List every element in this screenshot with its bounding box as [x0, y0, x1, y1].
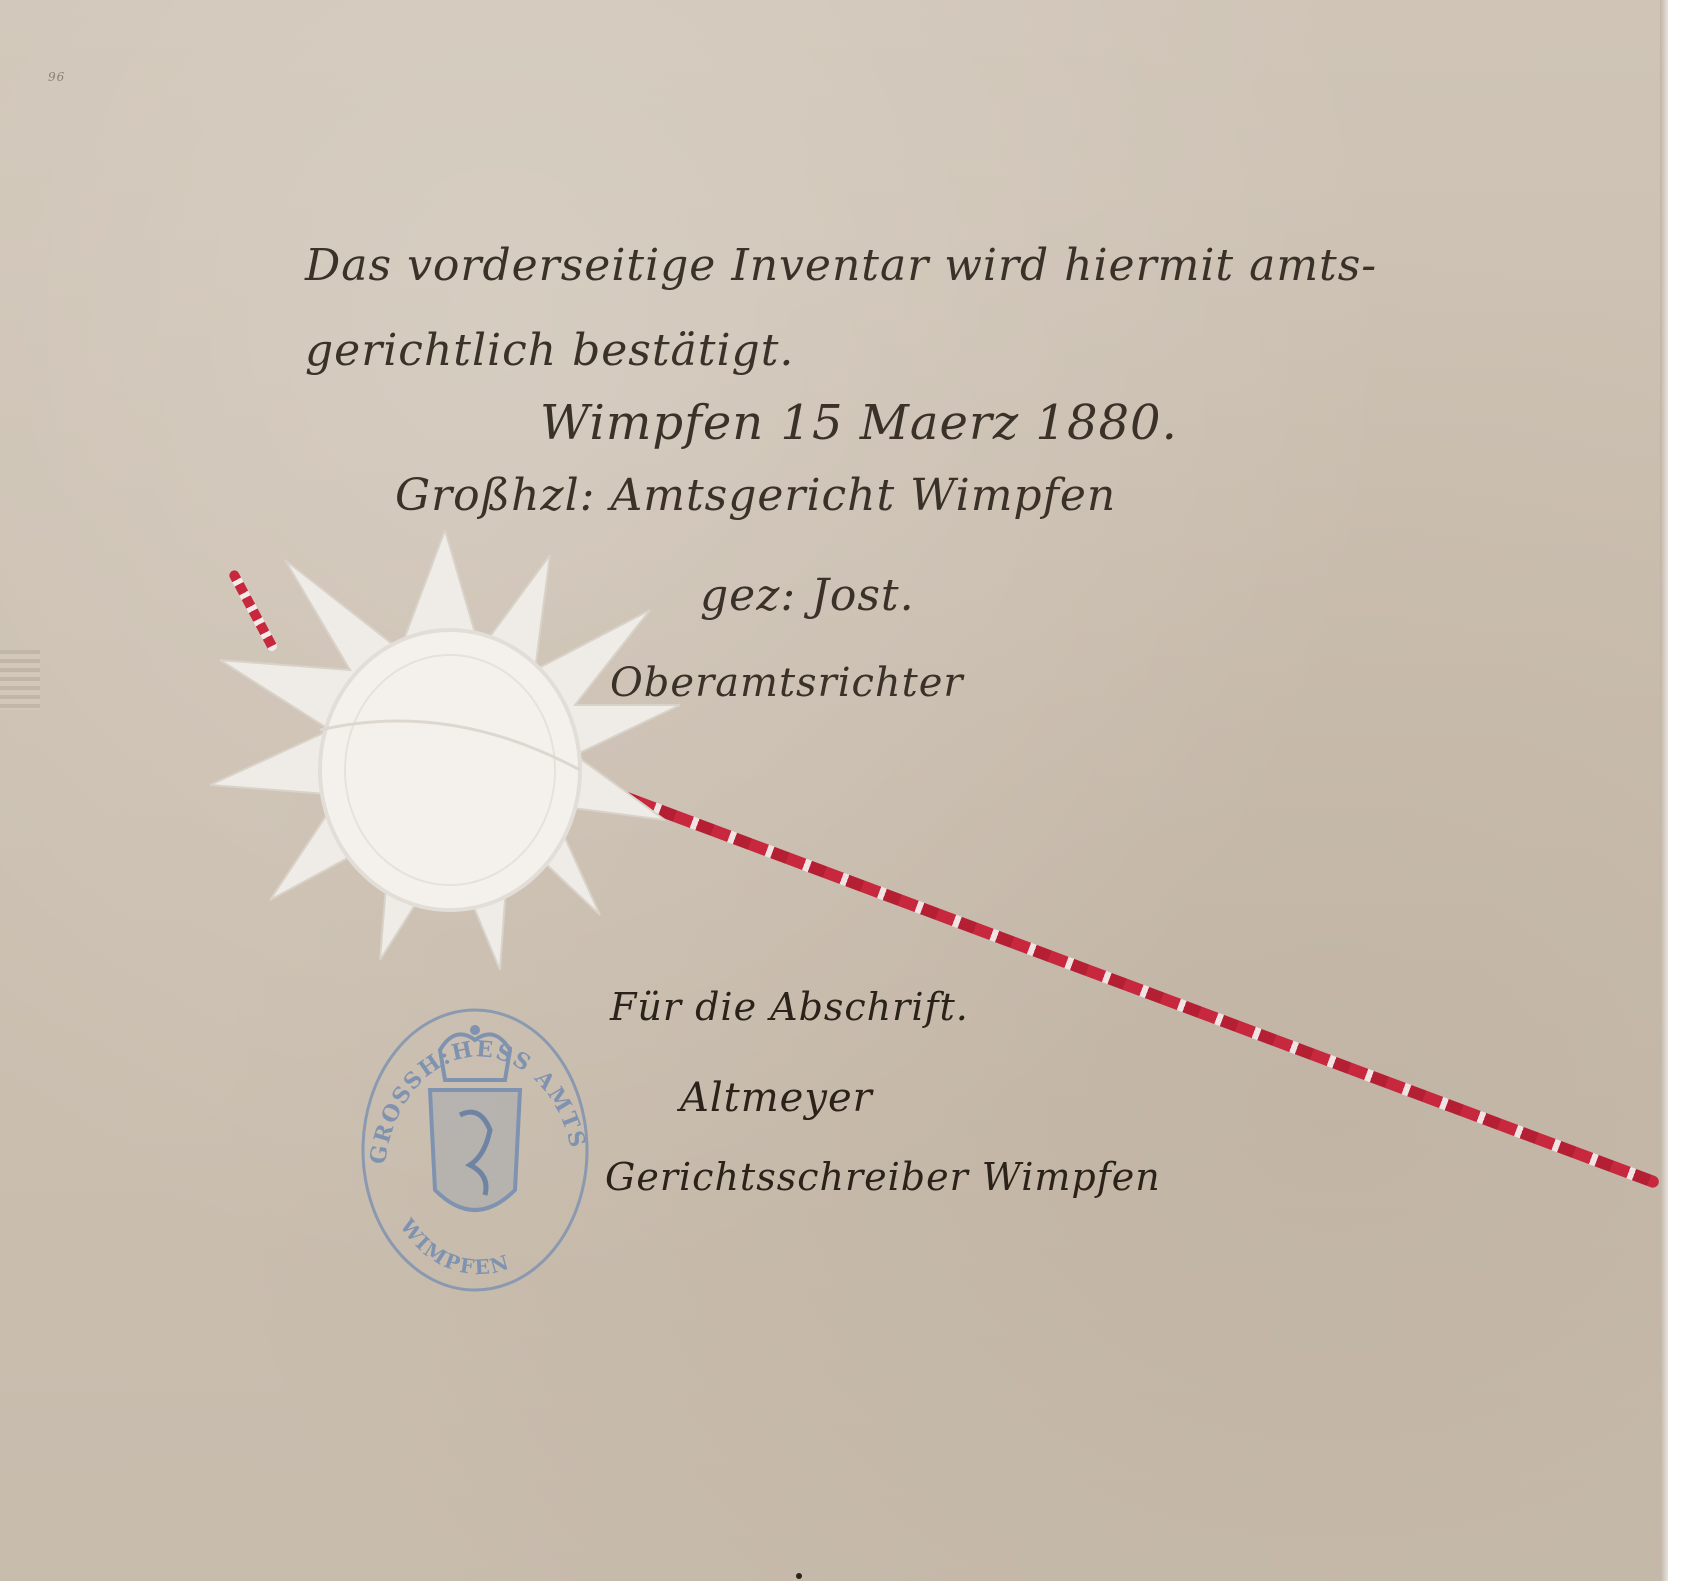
document-page: 96 Das vorderseitige Inventar wird hierm… [0, 0, 1668, 1581]
text-line-2: gerichtlich bestätigt. [305, 325, 794, 376]
text-line-1: Das vorderseitige Inventar wird hiermit … [305, 240, 1377, 291]
ink-dot [796, 1573, 802, 1579]
margin-note: 96 [48, 70, 65, 84]
svg-text:WIMPFEN: WIMPFEN [395, 1213, 513, 1279]
court-stamp-icon: GROSSH:HESS AMTSGERICHT WIMPFEN [355, 995, 595, 1295]
clerk-signature: Altmeyer [680, 1075, 873, 1121]
page-edge [1660, 0, 1668, 1581]
signed-line: gez: Jost. [700, 570, 915, 621]
star-seal-icon [210, 530, 680, 1000]
date-line: Wimpfen 15 Maerz 1880. [540, 395, 1178, 451]
court-line: Großhzl: Amtsgericht Wimpfen [395, 470, 1116, 521]
clerk-title-line: Gerichtsschreiber Wimpfen [605, 1155, 1161, 1199]
page-fold [0, 650, 40, 710]
